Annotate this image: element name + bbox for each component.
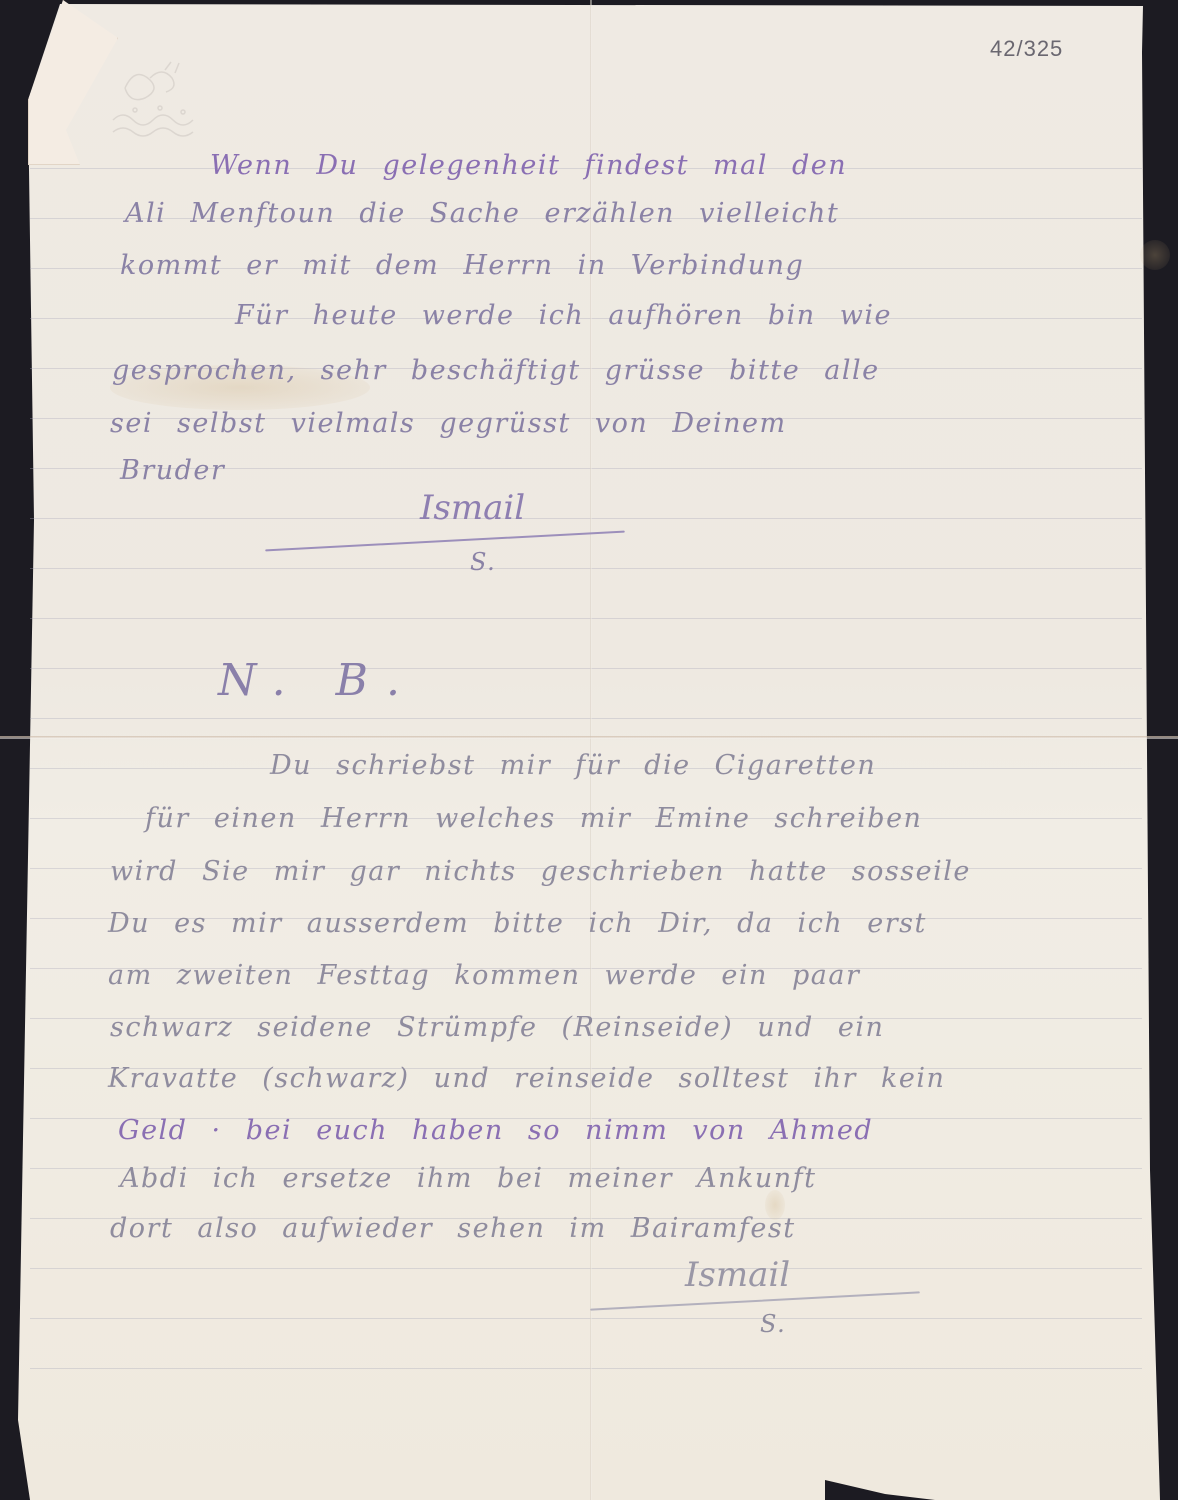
letter-line: sei selbst vielmals gegrüsst von Deinem: [110, 408, 787, 439]
letter-line: Abdi ich ersetze ihm bei meiner Ankunft: [120, 1163, 817, 1194]
ruled-line: [30, 718, 1142, 719]
signature-mark: S.: [760, 1310, 786, 1338]
ruled-line: [30, 618, 1142, 619]
archive-number: 42/325: [990, 36, 1063, 62]
letter-line: für einen Herrn welches mir Emine schrei…: [145, 803, 922, 834]
letter-line: kommt er mit dem Herrn in Verbindung: [120, 250, 804, 281]
letter-line: Geld · bei euch haben so nimm von Ahmed: [118, 1115, 873, 1146]
ruled-line: [30, 1318, 1142, 1319]
signature: Ismail: [420, 488, 525, 528]
ruled-line: [30, 1268, 1142, 1269]
letter-line: am zweiten Festtag kommen werde ein paar: [108, 960, 860, 991]
letter-line: gesprochen, sehr beschäftigt grüsse bitt…: [112, 355, 880, 386]
letter-line: Du es mir ausserdem bitte ich Dir, da ic…: [108, 908, 927, 939]
ruled-line: [30, 1368, 1142, 1369]
letter-line: Bruder: [120, 455, 225, 486]
signature-mark: S.: [470, 548, 496, 576]
signature: Ismail: [685, 1255, 790, 1295]
letter-line: Ali Menftoun die Sache erzählen vielleic…: [125, 198, 839, 229]
letter-line: Wenn Du gelegenheit findest mal den: [210, 150, 847, 181]
letter-line: wird Sie mir gar nichts geschrieben hatt…: [110, 856, 971, 887]
ruled-line: [30, 518, 1142, 519]
nota-bene-heading: N. B.: [218, 655, 418, 706]
embossed-emblem-icon: [105, 58, 200, 153]
water-stain: [1140, 240, 1170, 270]
letter-line: schwarz seidene Strümpfe (Reinseide) und…: [110, 1012, 884, 1043]
ruled-line: [30, 568, 1142, 569]
ruled-line: [30, 668, 1142, 669]
letter-line: Kravatte (schwarz) und reinseide solltes…: [108, 1063, 945, 1094]
horizontal-fold-crease: [0, 736, 1178, 739]
letter-line: Du schriebst mir für die Cigaretten: [270, 750, 876, 781]
letter-line: dort also aufwieder sehen im Bairamfest: [110, 1213, 796, 1244]
letter-line: Für heute werde ich aufhören bin wie: [235, 300, 892, 331]
